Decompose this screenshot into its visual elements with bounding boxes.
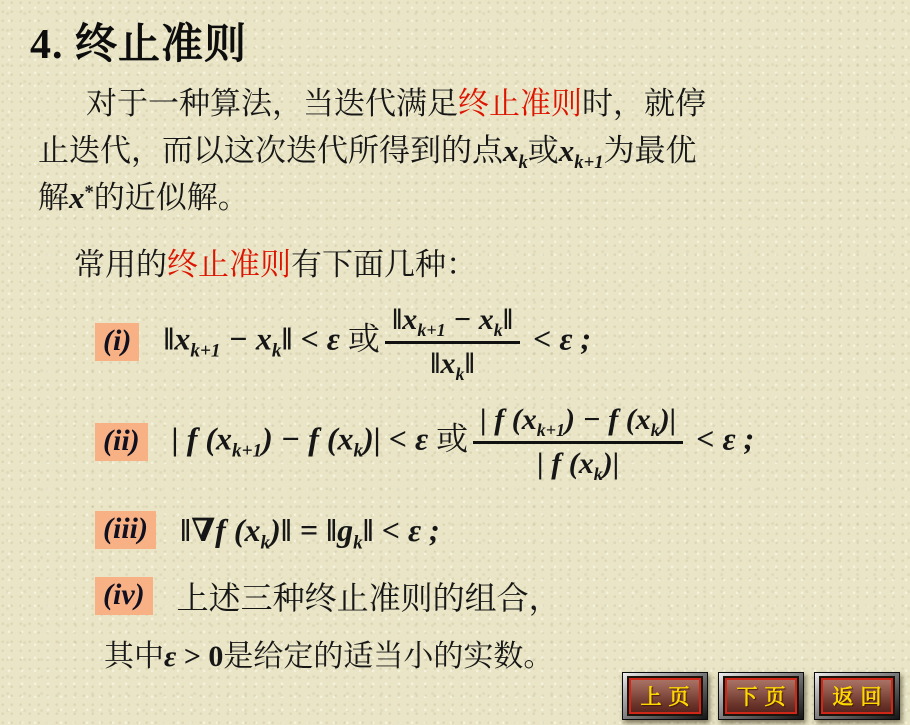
criterion-label-iv: (iv)	[95, 577, 153, 615]
criterion-row-ii: (ii) | f (xk+1) − f (xk)| < ε 或| f (xk+1…	[95, 393, 910, 491]
paragraph-line-1: 对于一种算法，当迭代满足终止准则时，就停	[38, 80, 876, 127]
paragraph-line-3: 解x*的近似解。	[38, 174, 876, 221]
prev-page-button[interactable]: 上页	[622, 672, 708, 720]
paragraph-line-2: 止迭代，而以这次迭代所得到的点xk或xk+1为最优	[38, 127, 876, 174]
intro-paragraph: 对于一种算法，当迭代满足终止准则时，就停 止迭代，而以这次迭代所得到的点xk或x…	[38, 80, 876, 221]
slide: 4. 终止准则 对于一种算法，当迭代满足终止准则时，就停 止迭代，而以这次迭代所…	[0, 0, 910, 725]
criterion-row-iv: (iv) 上述三种终止准则的组合，	[95, 571, 910, 621]
criterion-label-ii: (ii)	[95, 423, 148, 461]
nav-button-bar: 上页 下页 返回	[622, 672, 900, 720]
prev-page-button-label: 上页	[641, 681, 697, 711]
criterion-formula-iv: 上述三种终止准则的组合，	[177, 573, 561, 619]
criterion-row-i: (i) ‖xk+1 − xk‖ < ε 或‖xk+1 − xk‖‖xk‖ < ε…	[95, 295, 910, 389]
next-page-button-face: 下页	[725, 678, 797, 714]
return-button[interactable]: 返回	[814, 672, 900, 720]
next-page-button[interactable]: 下页	[718, 672, 804, 720]
return-button-label: 返回	[833, 681, 889, 711]
criterion-formula-ii: | f (xk+1) − f (xk)| < ε 或| f (xk+1) − f…	[172, 403, 755, 481]
criteria-intro-line: 常用的终止准则有下面几种：	[74, 243, 910, 287]
prev-page-button-face: 上页	[629, 678, 701, 714]
page-title: 4. 终止准则	[30, 22, 910, 68]
next-page-button-label: 下页	[737, 681, 793, 711]
criterion-label-iii: (iii)	[95, 511, 156, 549]
criterion-formula-iii: ‖∇f (xk)‖ = ‖gk‖ < ε ;	[180, 511, 440, 549]
criterion-label-i: (i)	[95, 323, 139, 361]
criterion-formula-i: ‖xk+1 − xk‖ < ε 或‖xk+1 − xk‖‖xk‖ < ε ;	[163, 303, 591, 381]
return-button-face: 返回	[821, 678, 893, 714]
criterion-row-iii: (iii) ‖∇f (xk)‖ = ‖gk‖ < ε ;	[95, 499, 910, 561]
